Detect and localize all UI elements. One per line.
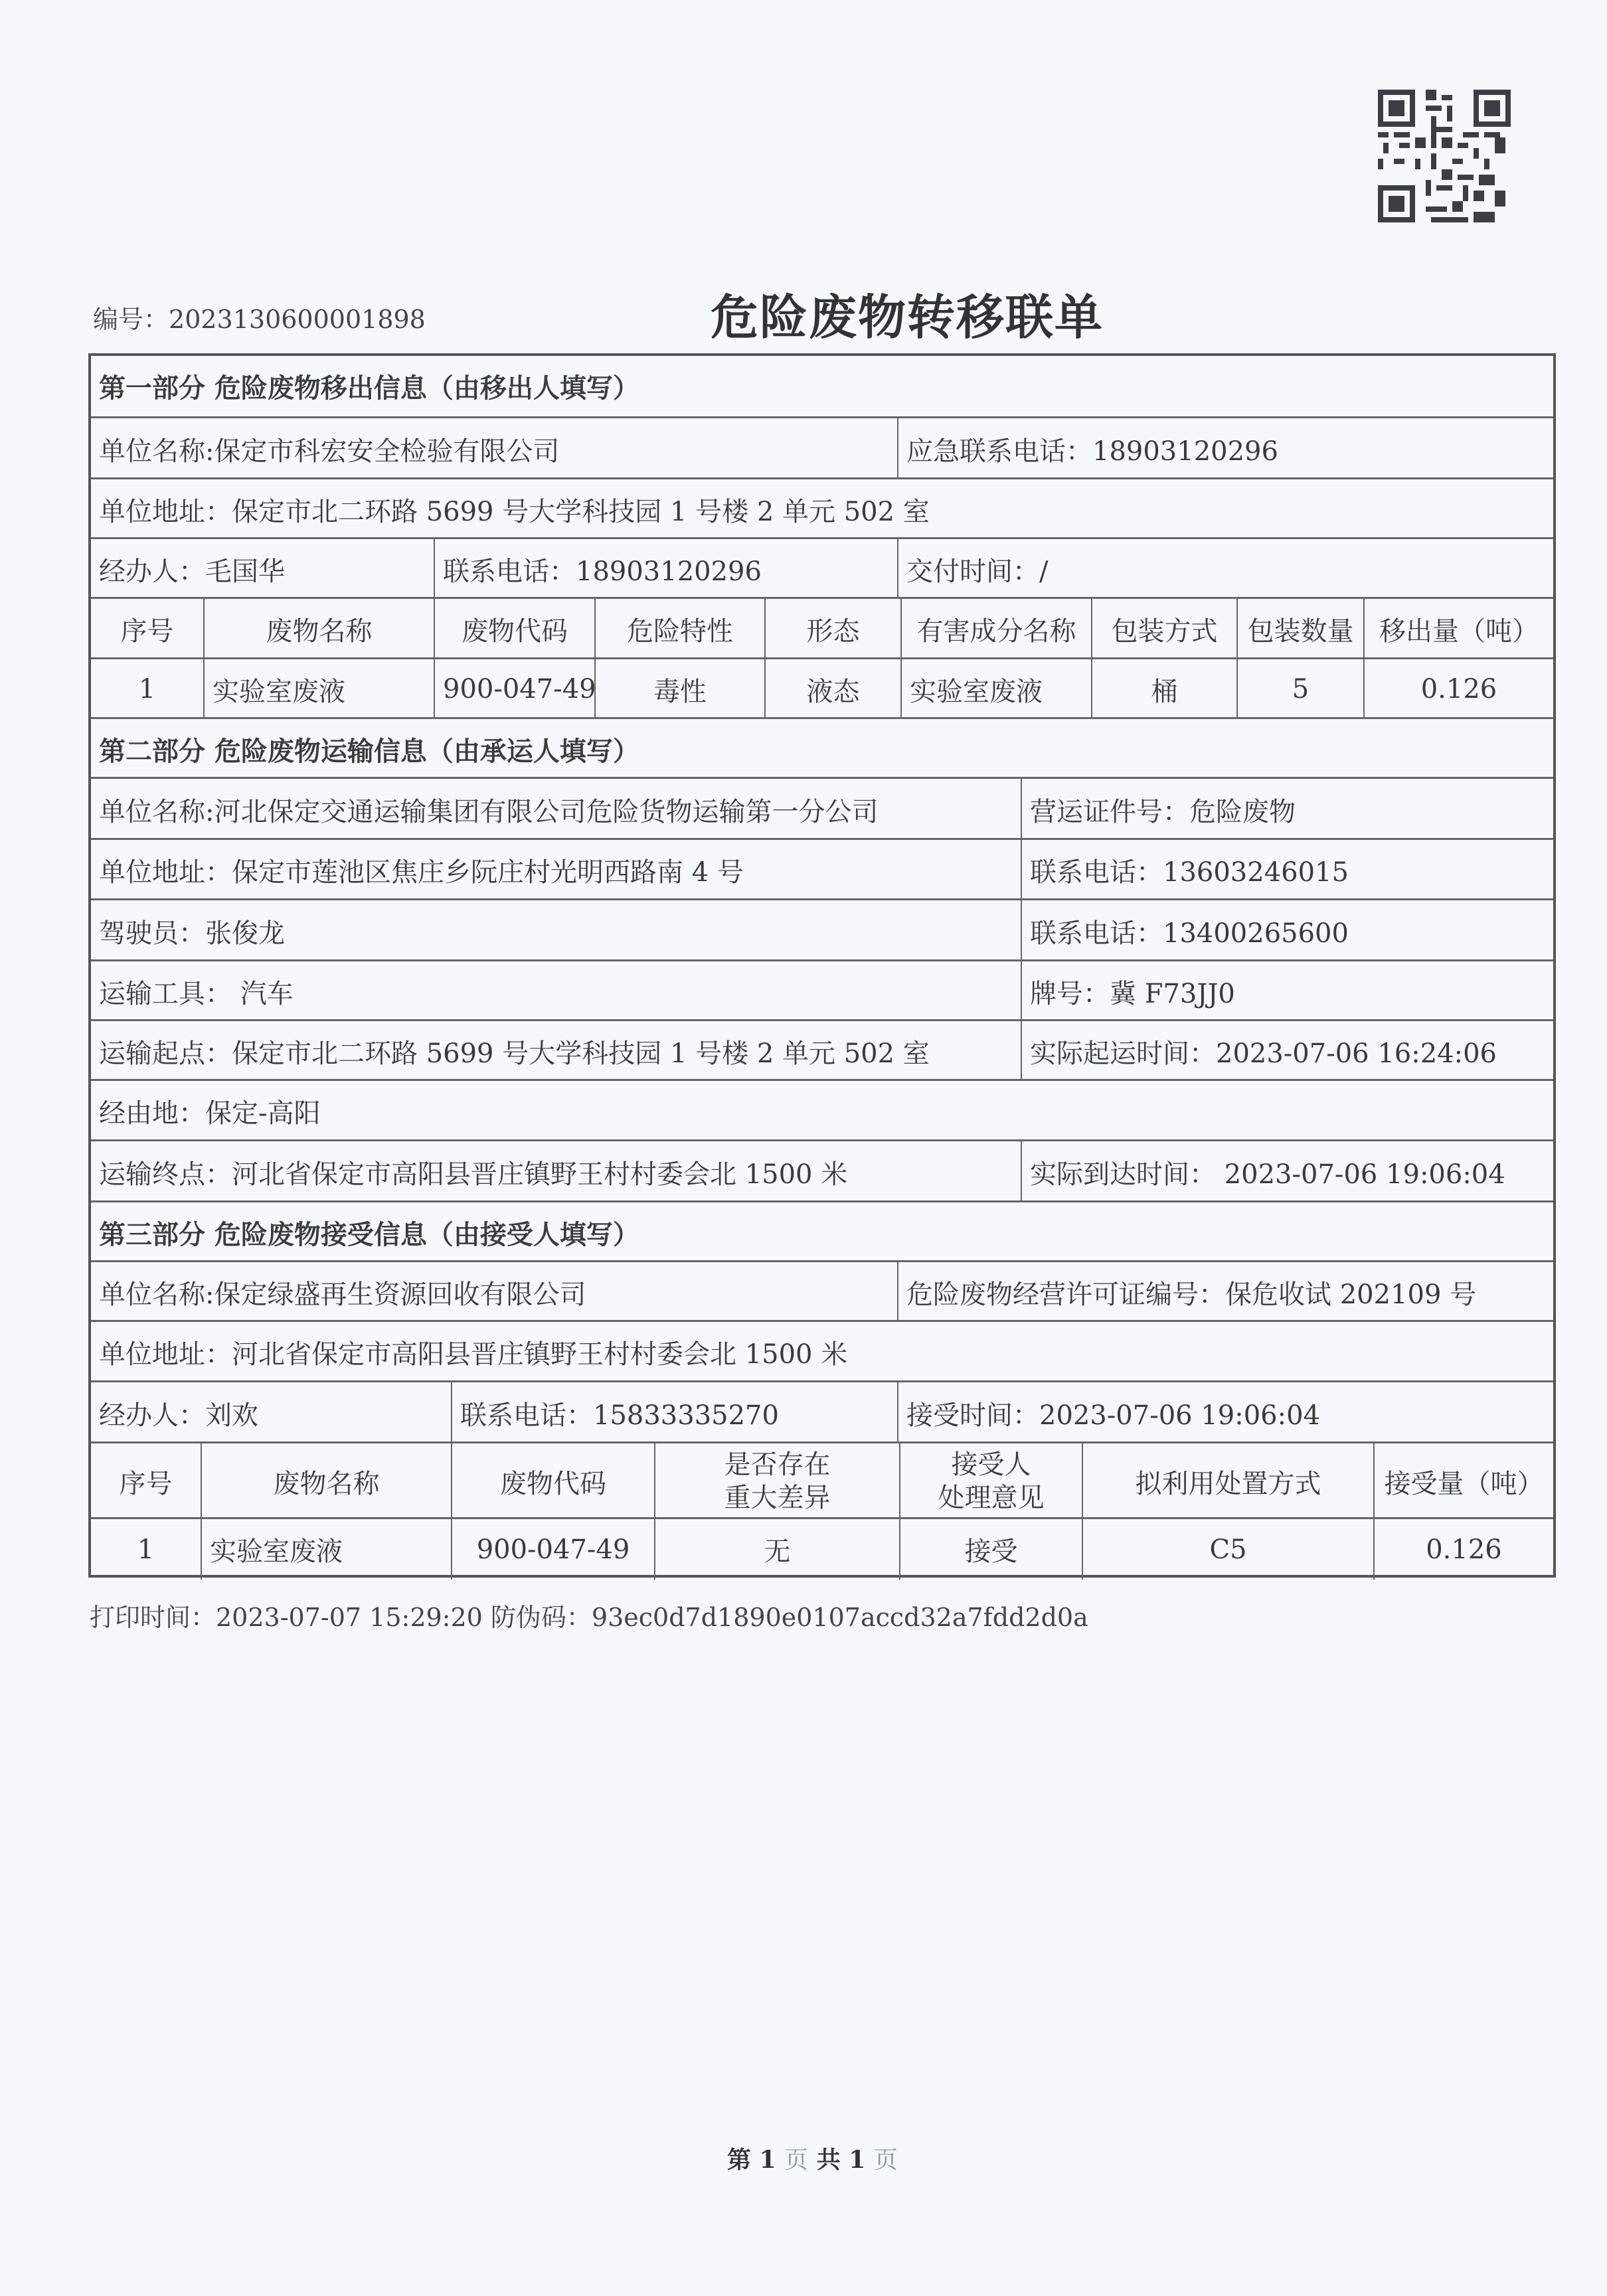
col-diff-line2: 重大差异 <box>724 1481 831 1515</box>
col-waste-code: 废物代码 <box>451 1443 654 1519</box>
cell-receiver-opinion: 接受 <box>899 1519 1082 1580</box>
manifest-table: 第一部分 危险废物移出信息（由移出人填写） 单位名称:保定市科宏安全检验有限公司… <box>88 353 1556 1578</box>
part1-emergency-phone: 应急联系电话：18903120296 <box>897 418 1553 479</box>
part3-address-row: 单位地址：河北省保定市高阳县晋庄镇野王村村委会北 1500 米 <box>91 1320 1553 1382</box>
cell-received-quantity: 0.126 <box>1373 1519 1553 1580</box>
col-waste-name: 废物名称 <box>201 1443 451 1519</box>
part2-contact-phone: 联系电话：13603246015 <box>1021 840 1553 900</box>
page-indicator: 第 1 页 共 1 页 <box>727 2141 898 2175</box>
col-out-quantity: 移出量（吨） <box>1363 599 1553 659</box>
part2-origin: 运输起点：保定市北二环路 5699 号大学科技园 1 号楼 2 单元 502 室 <box>91 1021 1021 1081</box>
part3-handler-row: 经办人：刘欢 联系电话：15833335270 接受时间：2023-07-06 … <box>91 1380 1553 1443</box>
part2-title: 第二部分 危险废物运输信息（由承运人填写） <box>91 719 1553 779</box>
part2-driver-row: 驾驶员：张俊龙 联系电话：13400265600 <box>91 898 1553 961</box>
part2-depart-time: 实际起运时间：2023-07-06 16:24:06 <box>1021 1021 1553 1081</box>
part1-column-header-row: 序号 废物名称 废物代码 危险特性 形态 有害成分名称 包装方式 包装数量 移出… <box>91 597 1553 659</box>
col-packaging: 包装方式 <box>1091 599 1236 659</box>
part3-unit-row: 单位名称:保定绿盛再生资源回收有限公司 危险废物经营许可证编号：保危收试 202… <box>91 1260 1553 1322</box>
part2-via-row: 经由地：保定-高阳 <box>91 1079 1553 1141</box>
cell-form: 液态 <box>764 659 900 719</box>
col-received-quantity: 接受量（吨） <box>1373 1443 1553 1519</box>
part3-unit-address: 单位地址：河北省保定市高阳县晋庄镇野王村村委会北 1500 米 <box>91 1322 1553 1382</box>
cell-package-count: 5 <box>1236 659 1363 719</box>
serial-number: 编号：2023130600001898 <box>93 299 426 335</box>
serial-value: 2023130600001898 <box>169 305 426 334</box>
serial-label: 编号： <box>93 305 169 334</box>
part2-address-row: 单位地址：保定市莲池区焦庄乡阮庄村光明西路南 4 号 联系电话：13603246… <box>91 838 1553 900</box>
part3-title: 第三部分 危险废物接受信息（由接受人填写） <box>91 1202 1553 1262</box>
part3-header-row: 第三部分 危险废物接受信息（由接受人填写） <box>91 1200 1553 1262</box>
col-index: 序号 <box>91 599 203 659</box>
part2-destination: 运输终点：河北省保定市高阳县晋庄镇野王村村委会北 1500 米 <box>91 1141 1021 1202</box>
part2-vehicle-row: 运输工具： 汽车 牌号：冀 F73JJ0 <box>91 959 1553 1021</box>
table-row: 1 实验室废液 900-047-49 毒性 液态 实验室废液 桶 5 0.126 <box>91 657 1553 719</box>
cell-waste-name: 实验室废液 <box>201 1519 451 1580</box>
col-waste-code: 废物代码 <box>434 599 594 659</box>
page-total-label: 共 <box>817 2146 841 2174</box>
col-receiver-opinion: 接受人 处理意见 <box>899 1443 1082 1519</box>
part1-contact-phone: 联系电话：18903120296 <box>434 539 897 599</box>
part1-handler: 经办人：毛国华 <box>91 539 434 599</box>
document-title: 危险废物转移联单 <box>711 279 1104 348</box>
cell-waste-code: 900-047-49 <box>451 1519 654 1580</box>
print-info: 打印时间：2023-07-07 15:29:20 防伪码：93ec0d7d189… <box>90 1597 1088 1633</box>
page-current: 1 <box>760 2146 776 2174</box>
part3-handler: 经办人：刘欢 <box>91 1382 451 1443</box>
cell-hazard: 毒性 <box>594 659 764 719</box>
cell-harmful-component: 实验室废液 <box>900 659 1091 719</box>
page-prefix: 第 <box>727 2146 751 2174</box>
part2-header-row: 第二部分 危险废物运输信息（由承运人填写） <box>91 717 1553 779</box>
col-index: 序号 <box>91 1443 201 1519</box>
col-significant-difference: 是否存在 重大差异 <box>654 1443 899 1519</box>
part2-driver-phone: 联系电话：13400265600 <box>1021 900 1553 961</box>
cell-packaging: 桶 <box>1091 659 1236 719</box>
table-row: 1 实验室废液 900-047-49 无 接受 C5 0.126 <box>91 1517 1553 1580</box>
part2-unit-address: 单位地址：保定市莲池区焦庄乡阮庄村光明西路南 4 号 <box>91 840 1021 900</box>
cell-index: 1 <box>91 659 203 719</box>
part1-handler-row: 经办人：毛国华 联系电话：18903120296 交付时间：/ <box>91 537 1553 599</box>
col-harmful-component: 有害成分名称 <box>900 599 1091 659</box>
part2-vehicle: 运输工具： 汽车 <box>91 961 1021 1021</box>
col-disposal-method: 拟利用处置方式 <box>1082 1443 1373 1519</box>
col-hazard: 危险特性 <box>594 599 764 659</box>
part2-unit-row: 单位名称:河北保定交通运输集团有限公司危险货物运输第一分公司 营运证件号：危险废… <box>91 777 1553 840</box>
part1-unit-row: 单位名称:保定市科宏安全检验有限公司 应急联系电话：18903120296 <box>91 416 1553 479</box>
part1-title: 第一部分 危险废物移出信息（由移出人填写） <box>91 356 1553 416</box>
col-opinion-line1: 接受人 <box>952 1448 1031 1481</box>
part2-unit-name: 单位名称:河北保定交通运输集团有限公司危险货物运输第一分公司 <box>91 779 1021 840</box>
cell-waste-code: 900-047-49 <box>434 659 594 719</box>
part1-header-row: 第一部分 危险废物移出信息（由移出人填写） <box>91 356 1553 416</box>
page-unit-2: 页 <box>874 2147 898 2174</box>
cell-index: 1 <box>91 1519 201 1580</box>
part1-address-row: 单位地址：保定市北二环路 5699 号大学科技园 1 号楼 2 单元 502 室 <box>91 477 1553 539</box>
part2-license-no: 营运证件号：危险废物 <box>1021 779 1553 840</box>
col-waste-name: 废物名称 <box>203 599 434 659</box>
page-total: 1 <box>849 2146 865 2174</box>
part1-unit-name: 单位名称:保定市科宏安全检验有限公司 <box>91 418 897 479</box>
part2-driver: 驾驶员：张俊龙 <box>91 900 1021 961</box>
part3-contact-phone: 联系电话：15833335270 <box>451 1382 897 1443</box>
part1-delivery-time: 交付时间：/ <box>897 539 1553 599</box>
col-diff-line1: 是否存在 <box>724 1448 831 1481</box>
cell-waste-name: 实验室废液 <box>203 659 434 719</box>
page-unit: 页 <box>784 2147 808 2174</box>
part2-plate: 牌号：冀 F73JJ0 <box>1021 961 1553 1021</box>
cell-significant-difference: 无 <box>654 1519 899 1580</box>
col-opinion-line2: 处理意见 <box>938 1481 1045 1515</box>
part2-destination-row: 运输终点：河北省保定市高阳县晋庄镇野王村村委会北 1500 米 实际到达时间： … <box>91 1139 1553 1202</box>
part2-arrive-time: 实际到达时间： 2023-07-06 19:06:04 <box>1021 1141 1553 1202</box>
part3-permit-no: 危险废物经营许可证编号：保危收试 202109 号 <box>897 1262 1553 1322</box>
cell-out-quantity: 0.126 <box>1363 659 1553 719</box>
part3-unit-name: 单位名称:保定绿盛再生资源回收有限公司 <box>91 1262 897 1322</box>
col-package-count: 包装数量 <box>1236 599 1363 659</box>
part3-receive-time: 接受时间：2023-07-06 19:06:04 <box>897 1382 1553 1443</box>
part1-unit-address: 单位地址：保定市北二环路 5699 号大学科技园 1 号楼 2 单元 502 室 <box>91 479 1553 539</box>
part2-via: 经由地：保定-高阳 <box>91 1081 1553 1141</box>
cell-disposal-method: C5 <box>1082 1519 1373 1580</box>
col-form: 形态 <box>764 599 900 659</box>
part3-column-header-row: 序号 废物名称 废物代码 是否存在 重大差异 接受人 处理意见 拟利用处置方式 … <box>91 1441 1553 1519</box>
qr-code-icon <box>1378 90 1511 222</box>
part2-origin-row: 运输起点：保定市北二环路 5699 号大学科技园 1 号楼 2 单元 502 室… <box>91 1019 1553 1081</box>
